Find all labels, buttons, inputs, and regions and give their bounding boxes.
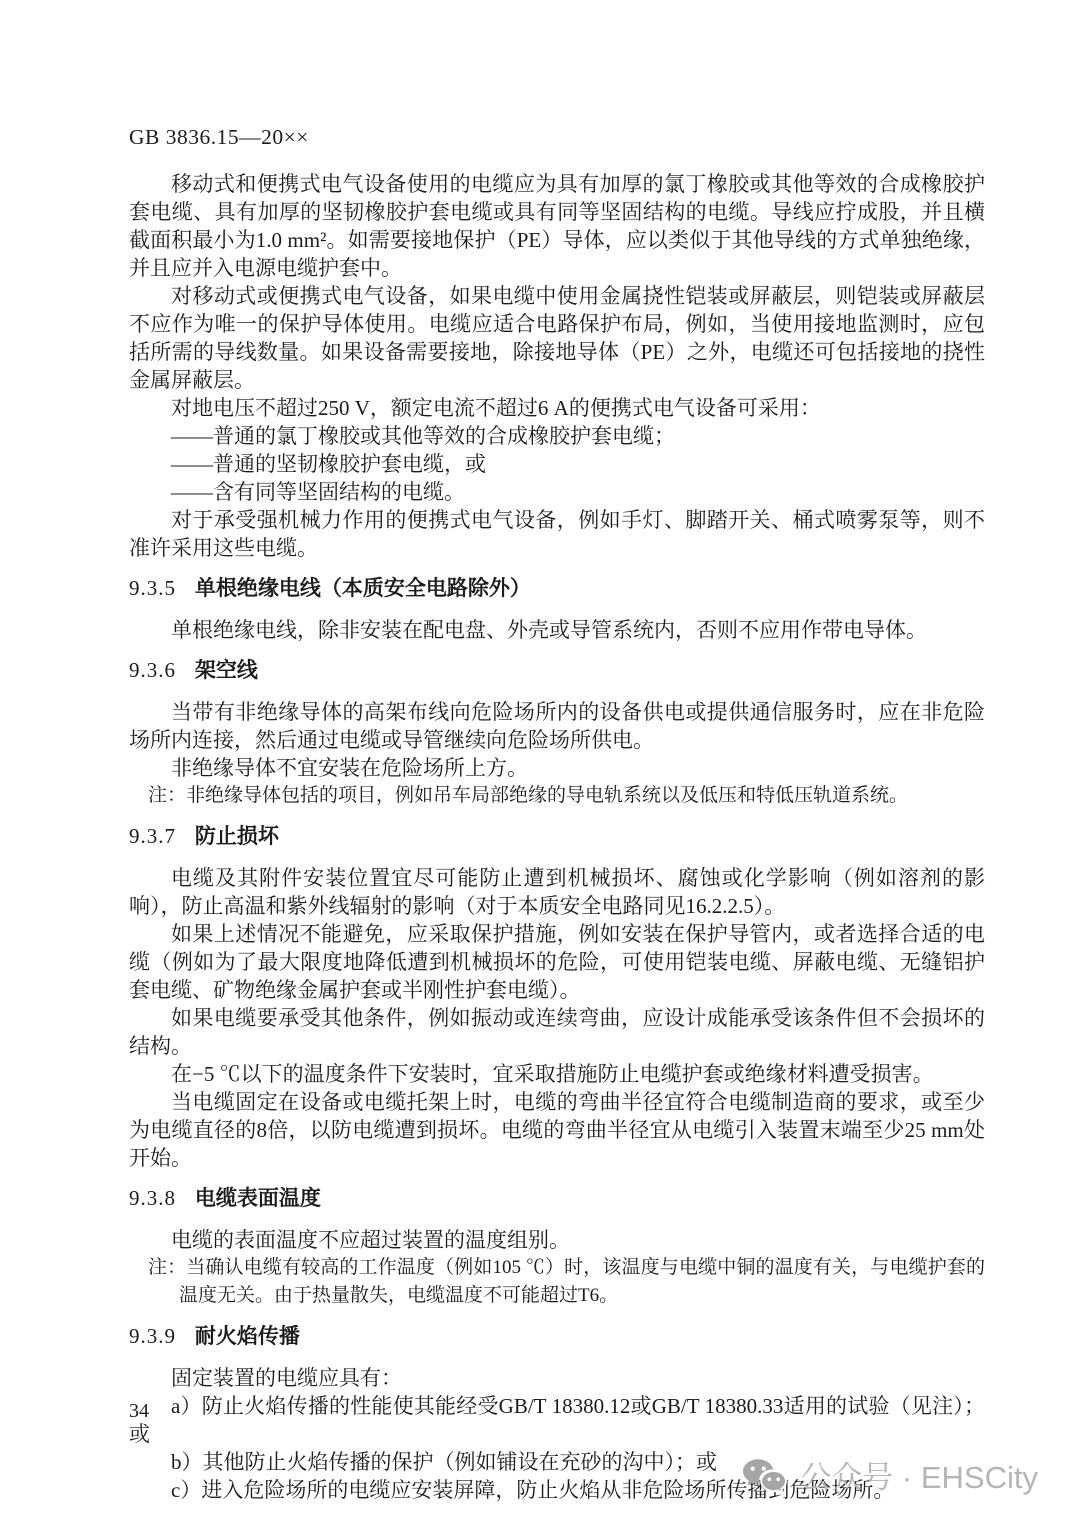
section-number: 9.3.5 [129,576,176,600]
page-number: 34 [129,1398,149,1424]
paragraph: 当带有非绝缘导体的高架布线向危险场所内的设备供电或提供通信服务时，应在非危险场所… [129,698,985,754]
dash-list-item: ——普通的氯丁橡胶或其他等效的合成橡胶护套电缆； [129,422,985,450]
section-title: 架空线 [195,659,258,682]
dash-list-item: ——含有同等坚固结构的电缆。 [129,478,985,506]
paragraph: 对地电压不超过250 V，额定电流不超过6 A的便携式电气设备可采用： [129,394,985,422]
paragraph: 在−5 ℃以下的温度条件下安装时，宜采取措施防止电缆护套或绝缘材料遭受损害。 [129,1060,985,1088]
paragraph: 对于承受强机械力作用的便携式电气设备，例如手灯、脚踏开关、桶式喷雾泵等，则不准许… [129,506,985,562]
section-title: 耐火焰传播 [195,1325,300,1348]
section-number: 9.3.7 [129,824,176,848]
section-title: 单根绝缘电线（本质安全电路除外） [195,577,531,600]
paragraph: 电缆及其附件安装位置宜尽可能防止遭到机械损坏、腐蚀或化学影响（例如溶剂的影响），… [129,864,985,920]
section-heading-9-3-7: 9.3.7防止损坏 [129,822,985,851]
section-heading-9-3-5: 9.3.5单根绝缘电线（本质安全电路除外） [129,574,985,603]
note: 注：当确认电缆有较高的工作温度（例如105 ℃）时，该温度与电缆中铜的温度有关，… [148,1254,985,1310]
paragraph: 移动式和便携式电气设备使用的电缆应为具有加厚的氯丁橡胶或其他等效的合成橡胶护套电… [129,170,985,282]
paragraph: 固定装置的电缆应具有： [129,1364,985,1392]
standard-code: GB 3836.15—20×× [129,123,985,151]
watermark-text: 公众号 · EHSCity [800,1456,1038,1500]
section-number: 9.3.8 [129,1186,176,1210]
wechat-icon [741,1457,788,1499]
paragraph: 当电缆固定在设备或电缆托架上时，电缆的弯曲半径宜符合电缆制造商的要求，或至少为电… [129,1088,985,1172]
paragraph: 非绝缘导体不宜安装在危险场所上方。 [129,754,985,782]
note: 注：非绝缘导体包括的项目，例如吊车局部绝缘的导电轨系统以及低压和特低压轨道系统。 [148,782,985,810]
paragraph: 单根绝缘电线，除非安装在配电盘、外壳或导管系统内，否则不应用作带电导体。 [129,616,985,644]
dash-list-item: ——普通的坚韧橡胶护套电缆，或 [129,450,985,478]
section-heading-9-3-9: 9.3.9耐火焰传播 [129,1322,985,1351]
footer-watermark: 公众号 · EHSCity [741,1456,1038,1500]
section-heading-9-3-8: 9.3.8电缆表面温度 [129,1184,985,1213]
section-heading-9-3-6: 9.3.6架空线 [129,656,985,685]
section-number: 9.3.9 [129,1324,176,1348]
section-title: 防止损坏 [195,825,279,848]
paragraph: 对移动式或便携式电气设备，如果电缆中使用金属挠性铠装或屏蔽层，则铠装或屏蔽层不应… [129,282,985,394]
document-page: GB 3836.15—20×× 移动式和便携式电气设备使用的电缆应为具有加厚的氯… [0,0,1080,1504]
paragraph: 如果电缆要承受其他条件，例如振动或连续弯曲，应设计成能承受该条件但不会损坏的结构… [129,1004,985,1060]
paragraph: 如果上述情况不能避免，应采取保护措施，例如安装在保护导管内，或者选择合适的电缆（… [129,920,985,1004]
lettered-list-item: a）防止火焰传播的性能使其能经受GB/T 18380.12或GB/T 18380… [129,1392,985,1448]
paragraph: 电缆的表面温度不应超过装置的温度组别。 [129,1226,985,1254]
section-number: 9.3.6 [129,658,176,682]
section-title: 电缆表面温度 [195,1187,321,1210]
